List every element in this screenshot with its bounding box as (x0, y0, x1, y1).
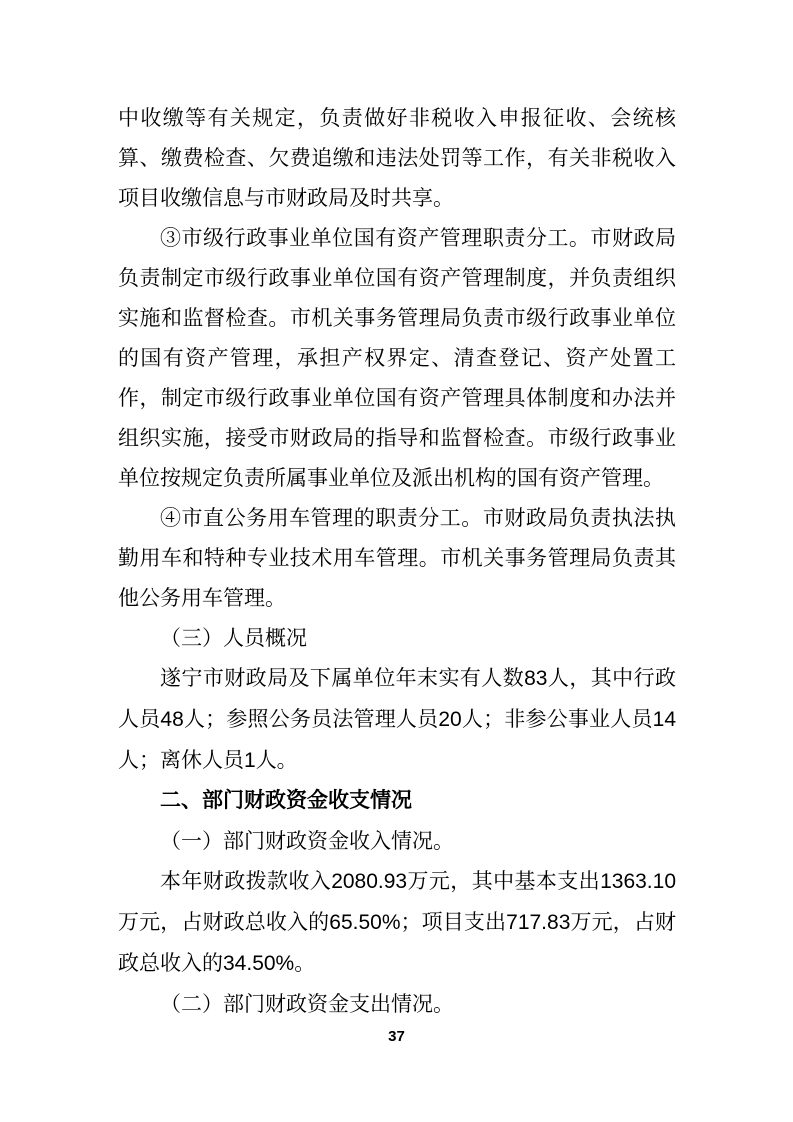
text-run: 人；非参公事业人员 (462, 707, 653, 731)
numeric-value: 14 (653, 708, 676, 731)
sub-heading: （二）部门财政资金支出情况。 (118, 984, 676, 1024)
text-run: ③市级行政事业单位国有资产管理职责分工。市财政局负责制定市级行政事业单位国有资产… (118, 226, 676, 490)
text-run: 遂宁市财政局及下属单位年末实有人数 (160, 666, 524, 690)
paragraph: 中收缴等有关规定，负责做好非税收入申报征收、会统核算、缴费检查、欠费追缴和违法处… (118, 98, 676, 218)
text-run: 人；离休人员 (118, 748, 244, 772)
numeric-value: 1 (244, 749, 256, 772)
paragraph: ③市级行政事业单位国有资产管理职责分工。市财政局负责制定市级行政事业单位国有资产… (118, 218, 676, 498)
text-run: （一）部门财政资金收入情况。 (160, 829, 454, 853)
text-run: ④市直公务用车管理的职责分工。市财政局负责执法执勤用车和特种专业技术用车管理。市… (118, 506, 676, 610)
text-run: （二）部门财政资金支出情况。 (160, 992, 454, 1016)
section-heading: 二、部门财政资金收支情况 (118, 781, 676, 821)
text-run: （三）人员概况 (160, 626, 307, 650)
numeric-value: 20 (438, 708, 461, 731)
sub-heading: （一）部门财政资金收入情况。 (118, 821, 676, 861)
text-run: 本年财政拨款收入 (160, 869, 331, 893)
document-page: 中收缴等有关规定，负责做好非税收入申报征收、会统核算、缴费检查、欠费追缴和违法处… (0, 0, 793, 1122)
text-run: 二、部门财政资金收支情况 (160, 789, 412, 812)
paragraph: ④市直公务用车管理的职责分工。市财政局负责执法执勤用车和特种专业技术用车管理。市… (118, 498, 676, 618)
text-run: 中收缴等有关规定，负责做好非税收入申报征收、会统核算、缴费检查、欠费追缴和违法处… (118, 106, 676, 210)
paragraph: 本年财政拨款收入2080.93万元，其中基本支出1363.10万元，占财政总收入… (118, 861, 676, 984)
text-run: ；项目支出 (401, 910, 507, 934)
numeric-value: 65.50% (329, 911, 400, 934)
numeric-value: 34.50% (223, 952, 294, 975)
page-number: 37 (0, 1028, 793, 1045)
numeric-value: 1363.10 (600, 870, 676, 893)
paragraph: 遂宁市财政局及下属单位年末实有人数83人，其中行政人员48人；参照公务员法管理人… (118, 658, 676, 781)
numeric-value: 717.83 (506, 911, 570, 934)
text-run: 。 (294, 951, 315, 975)
numeric-value: 2080.93 (331, 870, 407, 893)
numeric-value: 83 (524, 667, 547, 690)
text-run: 人。 (256, 748, 298, 772)
text-run: 人；参照公务员法管理人员 (184, 707, 439, 731)
text-run: 万元，占财政总收入的 (118, 910, 329, 934)
document-body: 中收缴等有关规定，负责做好非税收入申报征收、会统核算、缴费检查、欠费追缴和违法处… (118, 98, 676, 1024)
sub-heading: （三）人员概况 (118, 618, 676, 658)
numeric-value: 48 (160, 708, 183, 731)
text-run: 万元，其中基本支出 (407, 869, 600, 893)
